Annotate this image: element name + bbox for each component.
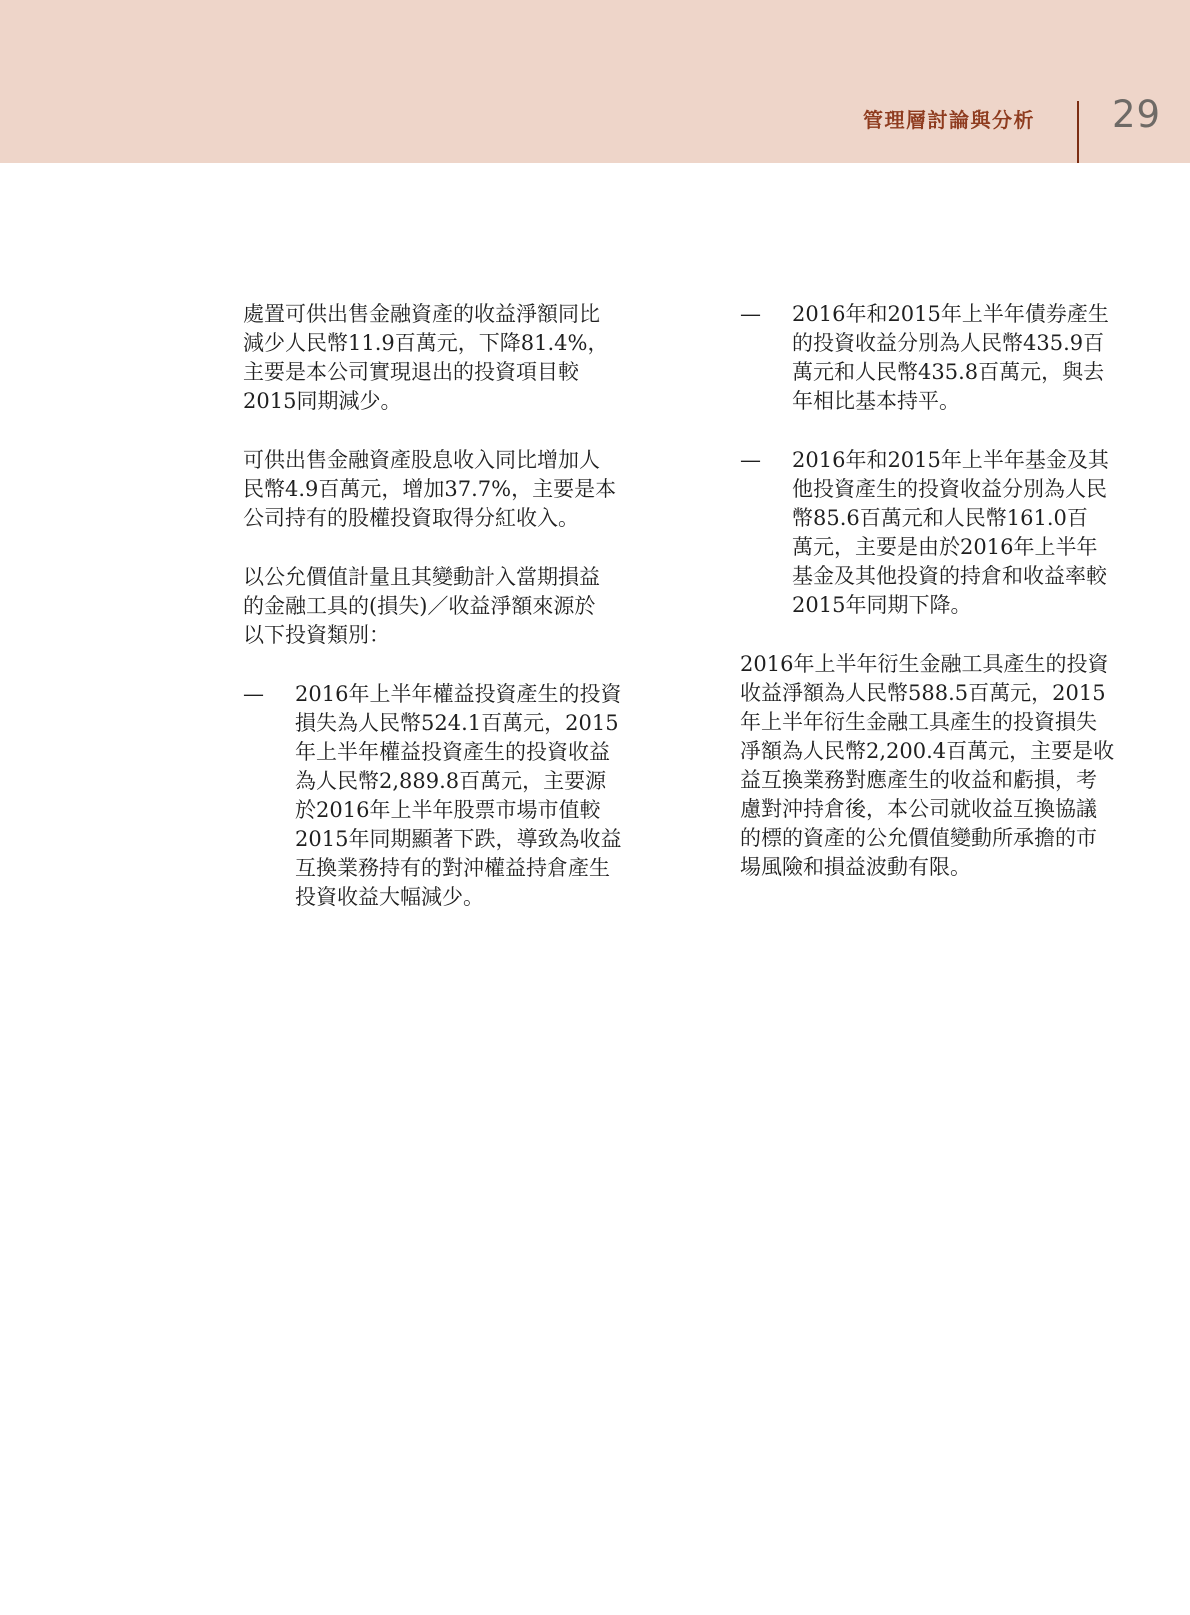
bullet-text: 2016年和2015年上半年債券產生 的投資收益分別為人民幣435.9百 萬元和… [792, 300, 1146, 416]
header-divider [1077, 101, 1079, 163]
bullet-item-equity-investment: — 2016年上半年權益投資產生的投資 損失為人民幣524.1百萬元，2015 … [243, 680, 651, 912]
report-page: 管理層討論與分析 29 處置可供出售金融資產的收益淨額同比 減少人民幣11.9百… [0, 0, 1190, 1615]
paragraph-derivatives: 2016年上半年衍生金融工具產生的投資 收益淨額為人民幣588.5百萬元，201… [740, 650, 1146, 882]
paragraph-dividend-income: 可供出售金融資產股息收入同比增加人 民幣4.9百萬元，增加37.7%，主要是本 … [243, 446, 651, 533]
page-header-title: 管理層討論與分析 [863, 108, 1035, 132]
left-column: 處置可供出售金融資產的收益淨額同比 減少人民幣11.9百萬元，下降81.4%， … [243, 300, 651, 912]
bullet-text: 2016年上半年權益投資產生的投資 損失為人民幣524.1百萬元，2015 年上… [295, 680, 651, 912]
bullet-dash: — [243, 680, 295, 912]
bullet-item-bonds: — 2016年和2015年上半年債券產生 的投資收益分別為人民幣435.9百 萬… [740, 300, 1146, 416]
page-number: 29 [1112, 96, 1161, 133]
right-column: — 2016年和2015年上半年債券產生 的投資收益分別為人民幣435.9百 萬… [740, 300, 1146, 882]
bullet-dash: — [740, 446, 792, 620]
bullet-dash: — [740, 300, 792, 416]
paragraph-fvtpl-intro: 以公允價值計量且其變動計入當期損益 的金融工具的(損失)／收益淨額來源於 以下投… [243, 563, 651, 650]
paragraph-disposal-gains: 處置可供出售金融資產的收益淨額同比 減少人民幣11.9百萬元，下降81.4%， … [243, 300, 651, 416]
header-band: 管理層討論與分析 29 [0, 0, 1190, 163]
bullet-item-funds-other: — 2016年和2015年上半年基金及其 他投資產生的投資收益分別為人民 幣85… [740, 446, 1146, 620]
bullet-text: 2016年和2015年上半年基金及其 他投資產生的投資收益分別為人民 幣85.6… [792, 446, 1146, 620]
